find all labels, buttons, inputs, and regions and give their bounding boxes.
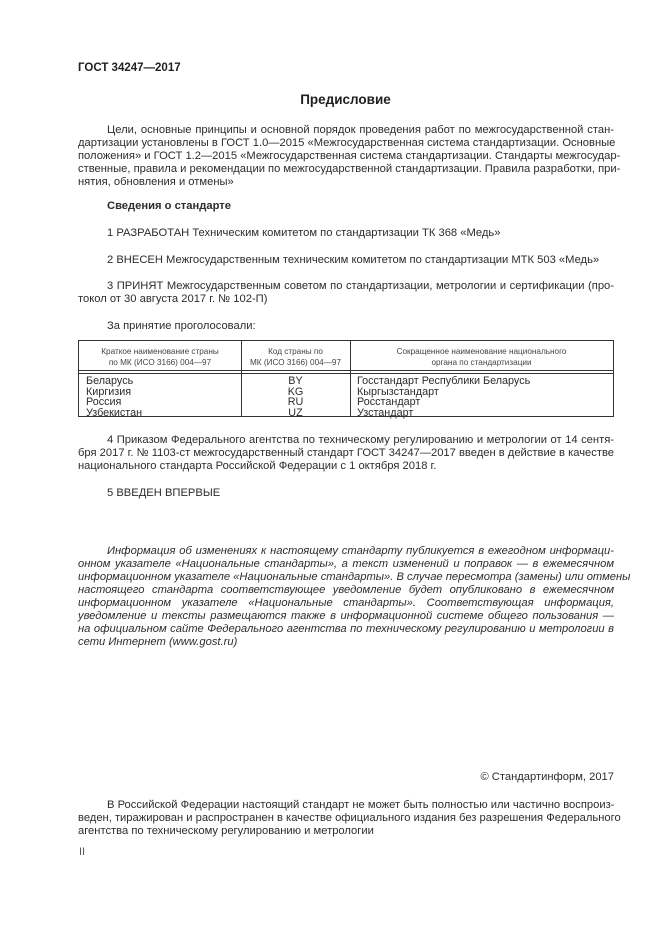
text-line: уведомление и тексты размещаются также в… [78, 610, 614, 623]
table-cell: Беларусь [86, 376, 236, 387]
table-cell: Узстандарт [357, 408, 607, 419]
table-cell: UZ [241, 408, 350, 419]
table-cell: Госстандарт Республики Беларусь [357, 376, 607, 387]
text-line: бря 2017 г. № 1103-ст межгосударственный… [78, 447, 614, 460]
text-line: дартизации установлены в ГОСТ 1.0—2015 «… [78, 137, 614, 150]
text-line: информационном указателе «Национальные с… [78, 597, 614, 610]
text-line: веден, тиражирован и распространен в кач… [78, 812, 614, 825]
table-cell: BY [241, 376, 350, 387]
text-line: 4 Приказом Федерального агентства по тех… [107, 434, 614, 447]
voted-label: За принятие проголосовали: [107, 320, 614, 333]
text-line: Информация об изменениях к настоящему ст… [107, 545, 614, 558]
column-header-body: Сокращенное наименование национального о… [350, 346, 613, 368]
info-item-5: 5 ВВЕДЕН ВПЕРВЫЕ [107, 487, 614, 500]
text-line: информационном указателе «Национальные с… [78, 571, 614, 584]
table-cell: RU [241, 397, 350, 408]
document-page: ГОСТ 34247—2017 Предисловие Цели, основн… [0, 0, 661, 935]
voting-table: Краткое наименование страны по МК (ИСО 3… [78, 340, 614, 417]
copyright: © Стандартинформ, 2017 [480, 771, 614, 783]
page-number: II [79, 846, 85, 858]
column-code: BY KG RU UZ [241, 376, 350, 418]
column-header-country: Краткое наименование страны по МК (ИСО 3… [79, 346, 241, 368]
text-line: ственные, правила и рекомендации по межг… [78, 163, 614, 176]
text-line: онном указателе «Национальные стандарты»… [78, 558, 614, 571]
header-divider [79, 370, 613, 374]
document-code: ГОСТ 34247—2017 [78, 62, 181, 74]
table-cell: Росстандарт [357, 397, 607, 408]
text-line: 3 ПРИНЯТ Межгосударственным советом по с… [107, 280, 614, 293]
text-line: нятия, обновления и отмены» [78, 176, 614, 189]
column-country: Беларусь Киргизия Россия Узбекистан [86, 376, 236, 418]
section-heading: Сведения о стандарте [107, 200, 614, 213]
text-line: Цели, основные принципы и основной поряд… [107, 124, 614, 137]
text-line: сети Интернет (www.gost.ru) [78, 636, 614, 649]
info-item-2: 2 ВНЕСЕН Межгосударственным техническим … [107, 254, 614, 267]
page-title: Предисловие [0, 92, 661, 107]
column-header-code: Код страны по МК (ИСО 3166) 004—97 [241, 346, 350, 368]
text-line: положения» и ГОСТ 1.2—2015 «Межгосударст… [78, 150, 614, 163]
info-item-1: 1 РАЗРАБОТАН Техническим комитетом по ст… [107, 227, 614, 240]
table-cell: Россия [86, 397, 236, 408]
text-line: настоящего стандарта соответствующее уве… [78, 584, 614, 597]
table-cell: Узбекистан [86, 408, 236, 419]
text-line: национального стандарта Российской Федер… [78, 460, 614, 473]
text-line: агентства по техническому регулированию … [78, 825, 614, 838]
text-line: токол от 30 августа 2017 г. № 102-П) [78, 293, 614, 306]
text-line: на официальном сайте Федерального агентс… [78, 623, 614, 636]
column-body: Госстандарт Республики Беларусь Кыргызст… [357, 376, 607, 418]
text-line: В Российской Федерации настоящий стандар… [107, 799, 614, 812]
